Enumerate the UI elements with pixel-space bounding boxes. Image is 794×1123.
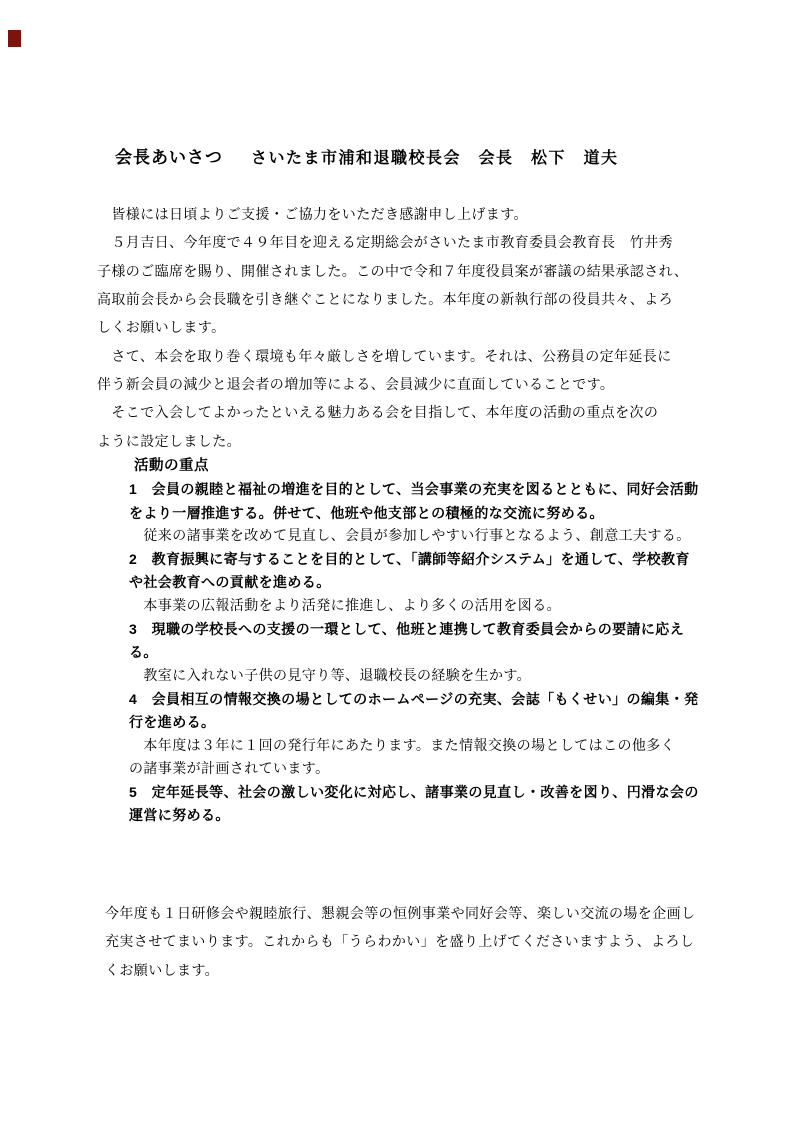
list-line: 行を進める。 [129,711,699,734]
list-line: 運営に努める。 [129,804,699,827]
list-line: 教室に入れない子供の見守り等、退職校長の経験を生かす。 [129,665,699,688]
corner-mark [8,30,21,47]
list-line: や社会教育への貢献を進める。 [129,571,699,594]
list-line: 5 定年延長等、社会の激しい変化に対応し、諸事業の見直し・改善を図り、円滑な会の [129,781,699,804]
closing-paragraph: 今年度も１日研修会や親睦旅行、懇親会等の恒例事業や同好会等、楽しい交流の場を企画… [105,901,695,986]
list-line: 3 現職の学校長への支援の一環として、他班と連携して教育委員会からの要請に応え [129,618,699,641]
list-line: る。 [129,641,699,664]
list-heading: 活動の重点 [129,455,699,478]
list-line: 1 会員の親睦と福祉の増進を目的として、当会事業の充実を図るとともに、同好会活動 [129,478,699,501]
page-title: 会長あいさつ [115,143,223,168]
list-line: 2 教育振興に寄与することを目的として、「講師等紹介システム」を通して、学校教育 [129,548,699,571]
list-line: 4 会員相互の情報交換の場としてのホームページの充実、会誌「もくせい」の編集・発 [129,688,699,711]
intro-paragraphs: 皆様には日頃よりご支援・ご協力をいただき感謝申し上げます。 ５月吉日、今年度で４… [97,202,688,457]
list-line: の諸事業が計画されています。 [129,758,699,781]
list-line: 従来の諸事業を改めて見直し、会員が参加しやすい行事となるよう、創意工夫する。 [129,525,699,548]
list-line: 本年度は３年に１回の発行年にあたります。また情報交換の場としてはこの他多く [129,735,699,758]
document-header: 会長あいさつ さいたま市浦和退職校長会 会長 松下 道夫 [115,143,619,168]
page-subtitle: さいたま市浦和退職校長会 会長 松下 道夫 [251,145,619,168]
document-page: 会長あいさつ さいたま市浦和退職校長会 会長 松下 道夫 皆様には日頃よりご支援… [0,0,794,1123]
activity-priority-list: 活動の重点1 会員の親睦と福祉の増進を目的として、当会事業の充実を図るとともに、… [129,455,699,828]
list-line: 本事業の広報活動をより活発に推進し、より多くの活用を図る。 [129,595,699,618]
list-line: をより一層推進する。併せて、他班や他支部との積極的な交流に努める。 [129,502,699,525]
